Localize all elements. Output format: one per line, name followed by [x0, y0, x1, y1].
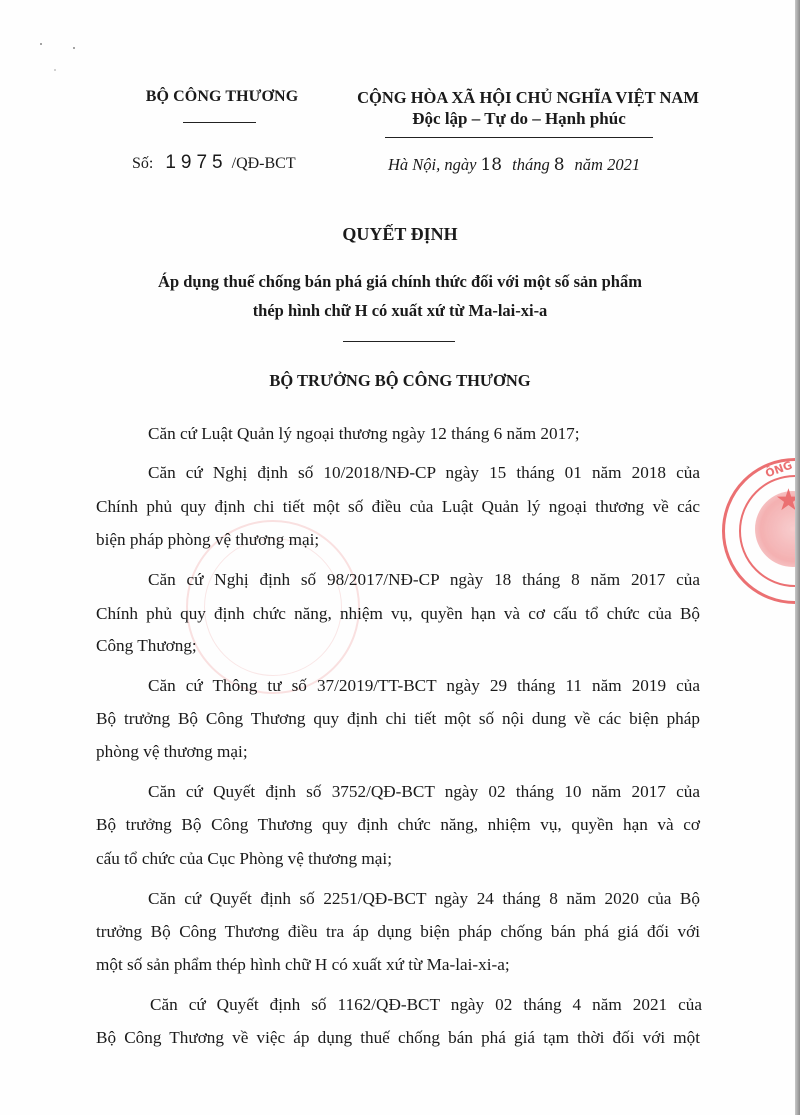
- date-day: 18: [480, 155, 502, 175]
- motto-underline: [385, 137, 653, 138]
- body-line: trưởng Bộ Công Thương điều tra áp dụng b…: [96, 922, 700, 942]
- doc-number-label: Số:: [132, 155, 153, 172]
- subtitle-line-2: thép hình chữ H có xuất xứ từ Ma-lai-xi-…: [253, 301, 548, 321]
- scan-speck: [73, 47, 75, 49]
- body-line: một số sản phẩm thép hình chữ H có xuất …: [96, 955, 510, 975]
- date-year: năm 2021: [575, 155, 641, 174]
- date-prefix: Hà Nội, ngày: [388, 155, 476, 174]
- national-motto: Độc lập – Tự do – Hạnh phúc: [412, 109, 625, 129]
- national-title: CỘNG HÒA XÃ HỘI CHỦ NGHĨA VIỆT NAM: [357, 88, 699, 108]
- body-line: Căn cứ Nghị định số 98/2017/NĐ-CP ngày 1…: [148, 570, 700, 590]
- body-line: Bộ trưởng Bộ Công Thương quy định chức n…: [96, 815, 700, 835]
- title-divider: [343, 341, 455, 342]
- body-line: Chính phủ quy định chức năng, nhiệm vụ, …: [96, 604, 700, 624]
- issuing-agency: BỘ CÔNG THƯƠNG: [146, 88, 299, 106]
- scan-edge: [795, 0, 800, 1115]
- body-line: Bộ Công Thương về việc áp dụng thuế chốn…: [96, 1028, 700, 1048]
- body-line: Chính phủ quy định chi tiết một số điều …: [96, 497, 700, 517]
- subtitle-line-1: Áp dụng thuế chống bán phá giá chính thứ…: [158, 272, 642, 292]
- body-line: Căn cứ Quyết định số 3752/QĐ-BCT ngày 02…: [148, 782, 700, 802]
- doc-number-value: 1975: [165, 152, 227, 173]
- body-line: Căn cứ Quyết định số 2251/QĐ-BCT ngày 24…: [148, 889, 700, 909]
- issue-date: Hà Nội, ngày18tháng8năm 2021: [388, 155, 640, 175]
- doc-number-suffix: /QĐ-BCT: [232, 155, 296, 172]
- document-number: Số:1975/QĐ-BCT: [132, 152, 296, 174]
- scan-speck: [40, 43, 42, 45]
- document-title: QUYẾT ĐỊNH: [342, 224, 457, 245]
- body-line: Công Thương;: [96, 636, 197, 656]
- scan-speck: [54, 69, 56, 71]
- body-line: Bộ trưởng Bộ Công Thương quy định chi ti…: [96, 709, 700, 729]
- body-line: phòng vệ thương mại;: [96, 742, 248, 762]
- issuer-underline: [183, 122, 256, 123]
- date-month: 8: [554, 155, 565, 175]
- body-line: Căn cứ Thông tư số 37/2019/TT-BCT ngày 2…: [148, 676, 700, 696]
- body-line: cấu tổ chức của Cục Phòng vệ thương mại;: [96, 849, 392, 869]
- body-line: Căn cứ Quyết định số 1162/QĐ-BCT ngày 02…: [150, 995, 702, 1015]
- official-seal: ★ ÔNG: [722, 458, 800, 604]
- seal-ring-text: ÔNG: [764, 459, 794, 481]
- body-line: biện pháp phòng vệ thương mại;: [96, 530, 319, 550]
- document-page: BỘ CÔNG THƯƠNG CỘNG HÒA XÃ HỘI CHỦ NGHĨA…: [0, 0, 800, 1115]
- body-line: Căn cứ Luật Quản lý ngoại thương ngày 12…: [148, 424, 580, 444]
- date-month-label: tháng: [512, 155, 550, 174]
- body-line: Căn cứ Nghị định số 10/2018/NĐ-CP ngày 1…: [148, 463, 700, 483]
- signer-heading: BỘ TRƯỞNG BỘ CÔNG THƯƠNG: [269, 371, 530, 391]
